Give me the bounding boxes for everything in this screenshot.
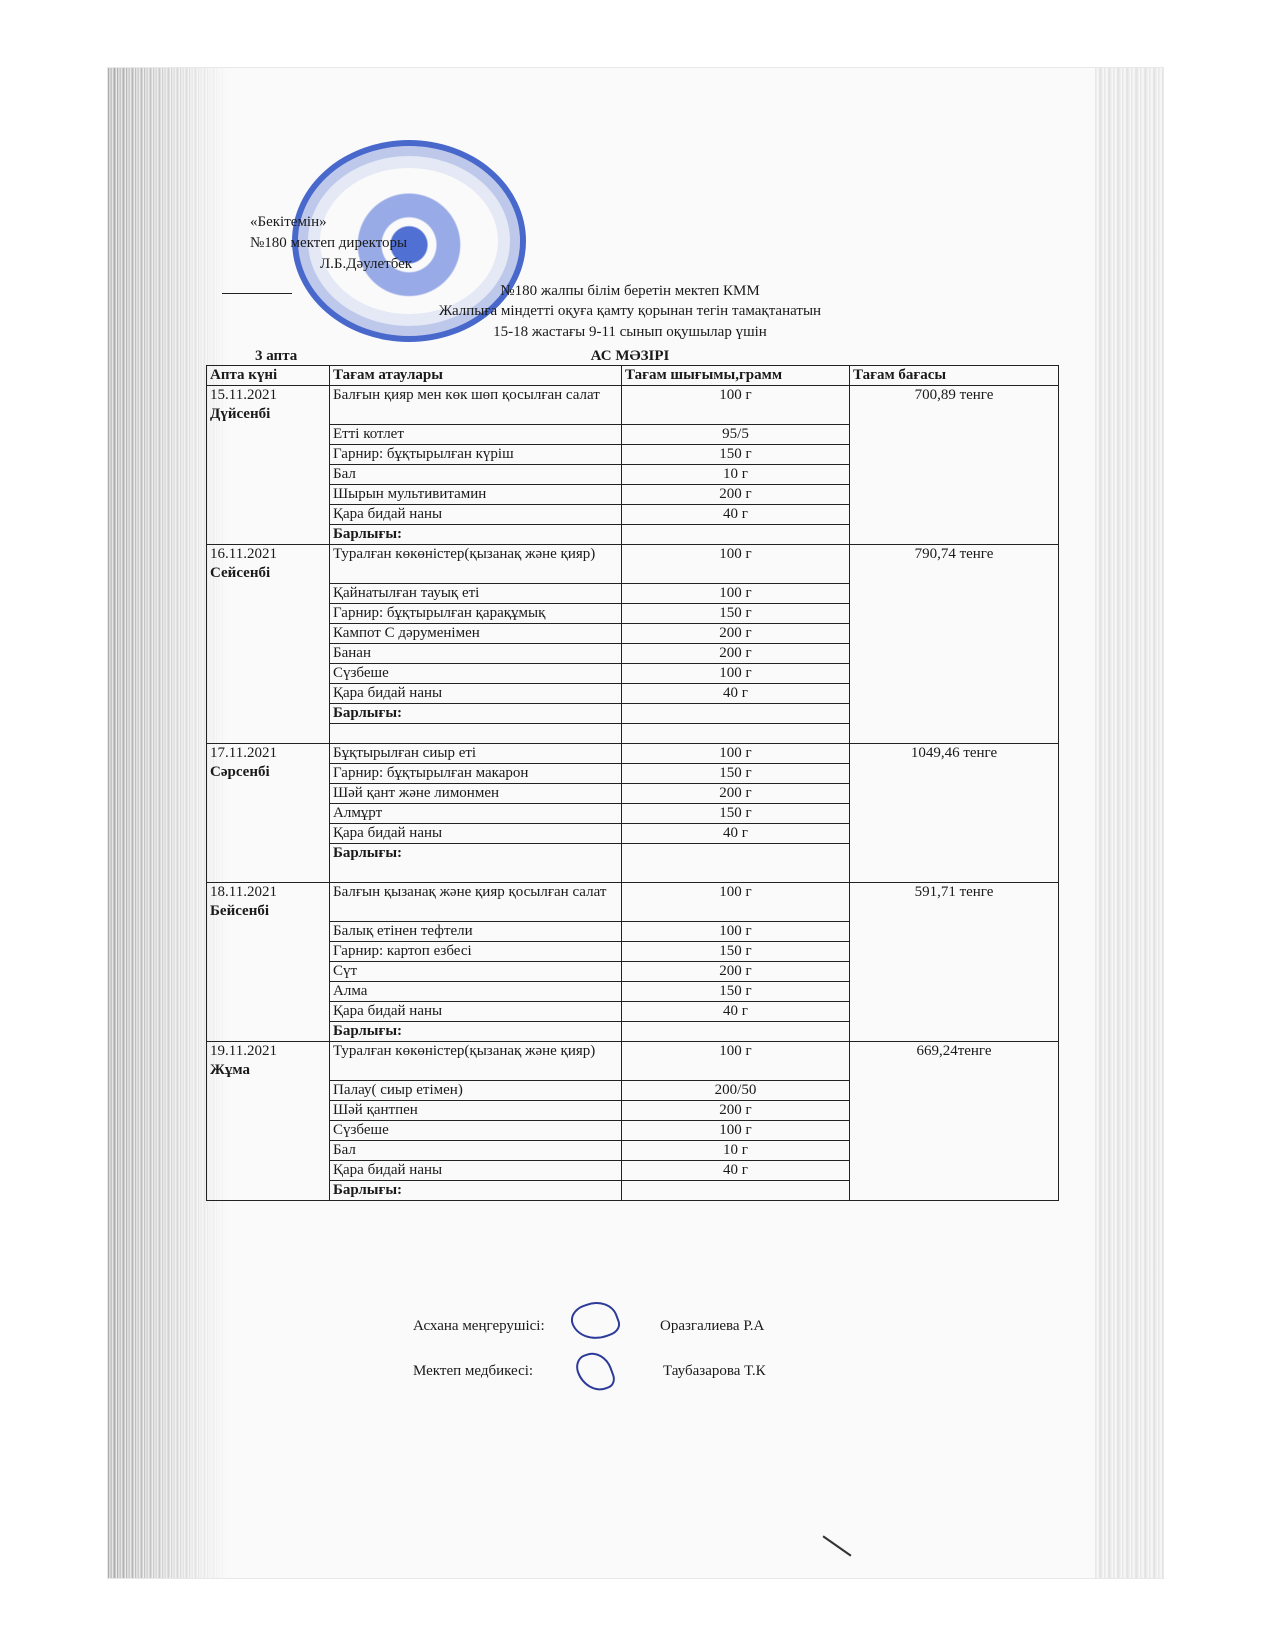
total-label: Барлығы:: [330, 1022, 622, 1042]
dish-amount: 150 г: [622, 445, 850, 465]
day-price: 591,71 тенге: [850, 883, 1059, 1042]
total-amount-empty: [622, 704, 850, 724]
menu-table: Апта күні Тағам атаулары Тағам шығымы,гр…: [206, 365, 1059, 1201]
dish-name: Балық етінен тефтели: [330, 922, 622, 942]
dish-amount: 100 г: [622, 744, 850, 764]
dish-amount: 100 г: [622, 922, 850, 942]
dish-amount: 40 г: [622, 1002, 850, 1022]
dish-name: Қара бидай наны: [330, 1002, 622, 1022]
table-row: 19.11.2021ЖұмаТуралған көкөністер(қызана…: [207, 1042, 1059, 1081]
menu-title: АС МӘЗІРІ: [200, 348, 1060, 365]
dish-amount: 200 г: [622, 962, 850, 982]
day-price: 1049,46 тенге: [850, 744, 1059, 883]
day-price: 700,89 тенге: [850, 386, 1059, 545]
dish-amount: 200 г: [622, 1101, 850, 1121]
dish-name: Алма: [330, 982, 622, 1002]
day-cell: 17.11.2021Сәрсенбі: [207, 744, 330, 883]
dish-amount: 200 г: [622, 624, 850, 644]
total-label: Барлығы:: [330, 704, 622, 724]
subtitle-line-3: 15-18 жастағы 9-11 сынып оқушылар үшін: [200, 324, 1060, 341]
day-price: 790,74 тенге: [850, 545, 1059, 744]
approval-line-1: «Бекітемін»: [250, 212, 412, 233]
total-label: Барлығы:: [330, 1181, 622, 1201]
dish-name: Гарнир: бұқтырылған макарон: [330, 764, 622, 784]
dish-amount: 150 г: [622, 764, 850, 784]
dish-amount: 100 г: [622, 545, 850, 584]
dish-name: Гарнир: картоп езбесі: [330, 942, 622, 962]
day-cell: 18.11.2021Бейсенбі: [207, 883, 330, 1042]
dish-amount: 40 г: [622, 824, 850, 844]
header-price: Тағам бағасы: [850, 366, 1059, 386]
nurse-name: Таубазарова Т.К: [663, 1363, 766, 1380]
dish-name: Шырын мультивитамин: [330, 485, 622, 505]
day-date: 17.11.2021: [210, 744, 326, 763]
canteen-manager-name: Оразгалиева Р.А: [660, 1318, 764, 1335]
total-amount-empty: [622, 1022, 850, 1042]
day-weekday: Жұма: [210, 1061, 326, 1080]
dish-amount: 200 г: [622, 485, 850, 505]
total-label: Барлығы:: [330, 525, 622, 545]
dish-name: Шәй қант және лимонмен: [330, 784, 622, 804]
dish-name: Сүзбеше: [330, 1121, 622, 1141]
dish-name: Қара бидай наны: [330, 824, 622, 844]
day-date: 16.11.2021: [210, 545, 326, 564]
day-weekday: Дүйсенбі: [210, 405, 326, 424]
dish-name: Бал: [330, 465, 622, 485]
dish-amount: 200/50: [622, 1081, 850, 1101]
dish-amount: 150 г: [622, 604, 850, 624]
day-cell: 16.11.2021Сейсенбі: [207, 545, 330, 744]
dish-amount: 40 г: [622, 684, 850, 704]
dish-amount: 100 г: [622, 584, 850, 604]
menu-body: 15.11.2021ДүйсенбіБалғын қияр мен көк шө…: [207, 386, 1059, 1201]
dish-amount: 100 г: [622, 1042, 850, 1081]
dish-name: Алмұрт: [330, 804, 622, 824]
day-cell: 19.11.2021Жұма: [207, 1042, 330, 1201]
table-row: 18.11.2021БейсенбіБалғын қызанақ және қи…: [207, 883, 1059, 922]
total-amount-empty: [622, 1181, 850, 1201]
dish-name: Палау( сиыр етімен): [330, 1081, 622, 1101]
dish-name: Туралған көкөністер(қызанақ және қияр): [330, 1042, 622, 1081]
dish-amount: 100 г: [622, 386, 850, 425]
dish-name: Балғын қияр мен көк шөп қосылған салат: [330, 386, 622, 425]
dish-name: Туралған көкөністер(қызанақ және қияр): [330, 545, 622, 584]
org-title: №180 жалпы білім беретін мектеп КММ: [200, 283, 1060, 300]
dish-name: Гарнир: бұқтырылған қарақұмық: [330, 604, 622, 624]
dish-amount: 40 г: [622, 1161, 850, 1181]
canteen-manager-label: Асхана меңгерушісі:: [413, 1318, 545, 1335]
subtitle-line-2: Жалпыға міндетті оқуға қамту қорынан тег…: [200, 303, 1060, 320]
dish-name: Бал: [330, 1141, 622, 1161]
day-price: 669,24тенге: [850, 1042, 1059, 1201]
day-date: 18.11.2021: [210, 883, 326, 902]
dish-amount: 95/5: [622, 425, 850, 445]
day-cell: 15.11.2021Дүйсенбі: [207, 386, 330, 545]
dish-amount: 100 г: [622, 664, 850, 684]
dish-amount: 100 г: [622, 1121, 850, 1141]
day-date: 15.11.2021: [210, 386, 326, 405]
dish-name: Қара бидай наны: [330, 1161, 622, 1181]
dish-amount: 150 г: [622, 942, 850, 962]
dish-name: Бұқтырылған сиыр еті: [330, 744, 622, 764]
dish-name: Шәй қантпен: [330, 1101, 622, 1121]
dish-name: Қара бидай наны: [330, 684, 622, 704]
day-weekday: Бейсенбі: [210, 902, 326, 921]
header-day: Апта күні: [207, 366, 330, 386]
dish-amount: 40 г: [622, 505, 850, 525]
day-date: 19.11.2021: [210, 1042, 326, 1061]
dish-amount: 100 г: [622, 883, 850, 922]
dish-name: Банан: [330, 644, 622, 664]
dish-amount: 200 г: [622, 644, 850, 664]
dish-name: Қайнатылған тауық еті: [330, 584, 622, 604]
scan-streaks-right: [1095, 68, 1163, 1578]
day-weekday: Сәрсенбі: [210, 763, 326, 782]
header-amount: Тағам шығымы,грамм: [622, 366, 850, 386]
dish-name: Кампот С дәруменімен: [330, 624, 622, 644]
nurse-label: Мектеп медбикесі:: [413, 1363, 533, 1380]
dish-name: Етті котлет: [330, 425, 622, 445]
total-amount-empty: [622, 844, 850, 883]
header-dish: Тағам атаулары: [330, 366, 622, 386]
dish-amount: 10 г: [622, 1141, 850, 1161]
table-row: 17.11.2021СәрсенбіБұқтырылған сиыр еті10…: [207, 744, 1059, 764]
table-row: 16.11.2021СейсенбіТуралған көкөністер(қы…: [207, 545, 1059, 584]
dish-name: Гарнир: бұқтырылған күріш: [330, 445, 622, 465]
dish-name: Сүзбеше: [330, 664, 622, 684]
dish-amount: 200 г: [622, 784, 850, 804]
table-row: 15.11.2021ДүйсенбіБалғын қияр мен көк шө…: [207, 386, 1059, 425]
blank-cell: [622, 724, 850, 744]
dish-name: Балғын қызанақ және қияр қосылған салат: [330, 883, 622, 922]
day-weekday: Сейсенбі: [210, 564, 326, 583]
dish-name: Сүт: [330, 962, 622, 982]
dish-name: Қара бидай наны: [330, 505, 622, 525]
total-amount-empty: [622, 525, 850, 545]
dish-amount: 10 г: [622, 465, 850, 485]
table-header-row: Апта күні Тағам атаулары Тағам шығымы,гр…: [207, 366, 1059, 386]
total-label: Барлығы:: [330, 844, 622, 883]
dish-amount: 150 г: [622, 982, 850, 1002]
blank-cell: [330, 724, 622, 744]
dish-amount: 150 г: [622, 804, 850, 824]
